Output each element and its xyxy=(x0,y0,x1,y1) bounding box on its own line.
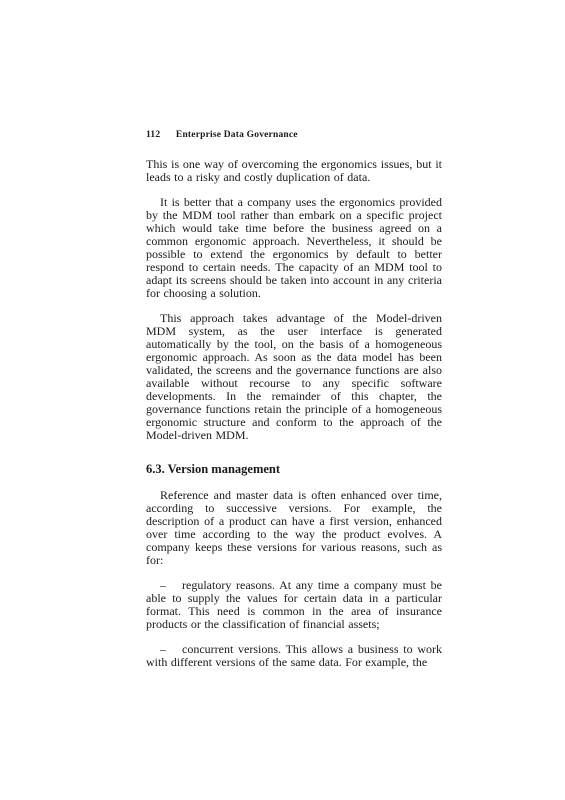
page-header: 112 Enterprise Data Governance xyxy=(146,130,442,140)
page-number: 112 xyxy=(146,130,160,140)
paragraph-ergonomics-duplication: This is one way of overcoming the ergono… xyxy=(146,158,442,184)
paragraph-mdm-tool-ergonomics: It is better that a company uses the erg… xyxy=(146,196,442,300)
paragraph-model-driven-mdm: This approach takes advantage of the Mod… xyxy=(146,312,442,442)
list-item-text: regulatory reasons. At any time a compan… xyxy=(146,578,442,631)
list-item-regulatory-reasons: –regulatory reasons. At any time a compa… xyxy=(146,579,442,631)
section-heading-version-management: 6.3. Version management xyxy=(146,462,442,476)
running-title: Enterprise Data Governance xyxy=(176,130,298,140)
paragraph-reference-master-data: Reference and master data is often enhan… xyxy=(146,489,442,567)
book-page: 112 Enterprise Data Governance This is o… xyxy=(0,0,565,800)
list-item-text: concurrent versions. This allows a busin… xyxy=(146,642,442,669)
list-item-concurrent-versions: –concurrent versions. This allows a busi… xyxy=(146,643,442,669)
